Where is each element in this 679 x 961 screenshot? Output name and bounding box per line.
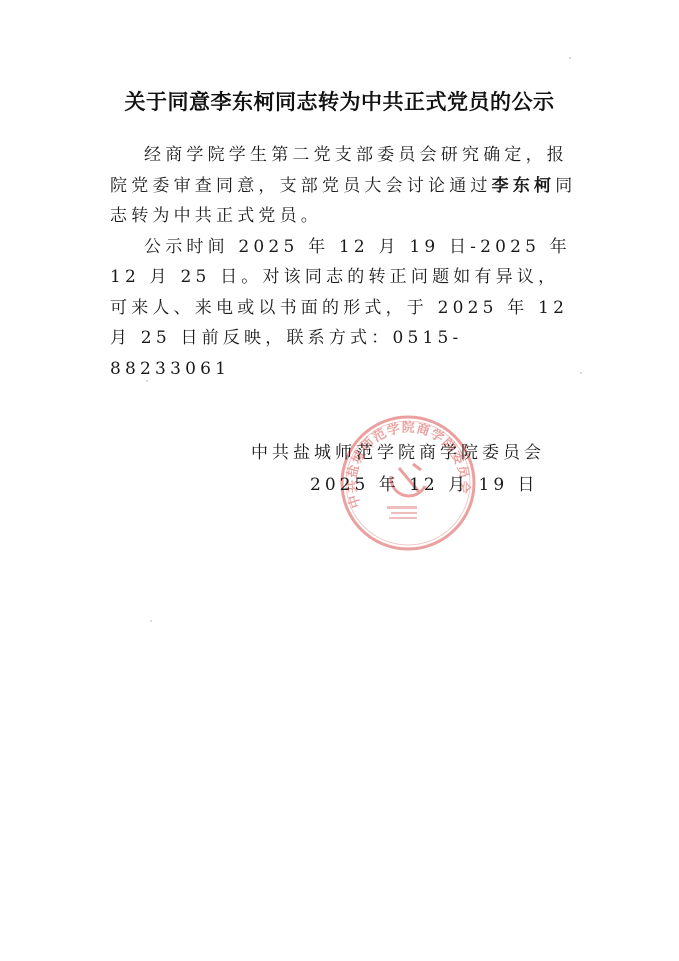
signing-organization: 中共盐城师范学院商学院委员会 [251,438,545,463]
paragraph-approval: 经商学院学生第二党支部委员会研究确定，报院党委审查同意，支部党员大会讨论通过李东… [110,140,580,232]
document-title: 关于同意李东柯同志转为中共正式党员的公示 [0,86,679,116]
paragraph-notice-period: 公示时间 2025 年 12 月 19 日-2025 年 12 月 25 日。对… [110,232,580,385]
member-name: 李东柯 [492,176,556,196]
scan-speck [580,372,582,374]
scan-speck [146,380,148,382]
signing-date: 2025 年 12 月 19 日 [310,470,539,495]
scan-speck [569,57,571,59]
document-body: 经商学院学生第二党支部委员会研究确定，报院党委审查同意，支部党员大会讨论通过李东… [110,140,580,384]
scan-speck [150,620,152,622]
